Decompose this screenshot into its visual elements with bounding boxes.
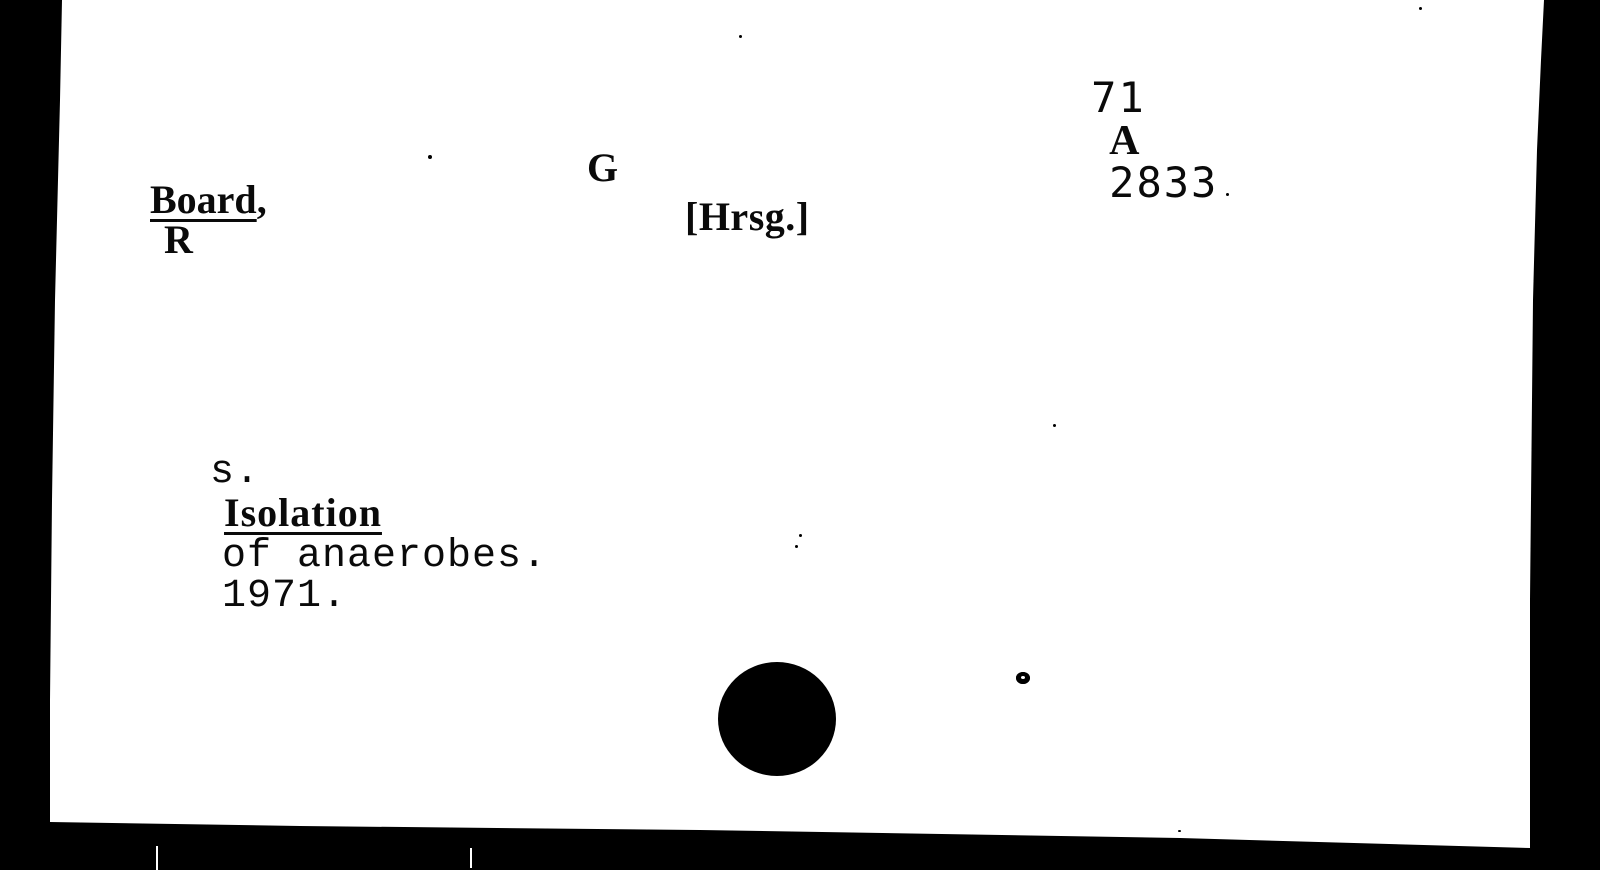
call-number-year: 71: [1091, 77, 1146, 119]
punch-hole: [718, 662, 836, 776]
scan-artifact: [156, 846, 158, 870]
see-prefix: s.: [210, 450, 260, 495]
scanned-card-image: 71 A 2833 Board, R G [Hrsg.] s. Isolatio…: [0, 0, 1600, 870]
author-role: [Hrsg.]: [685, 197, 810, 237]
stray-mark: [1419, 7, 1422, 10]
scan-artifact: [470, 848, 472, 868]
stray-mark: [799, 534, 802, 537]
author-initial-2: G: [587, 148, 619, 188]
stray-mark: [739, 35, 742, 38]
stray-mark: [1178, 830, 1181, 832]
ink-speck: [1016, 672, 1030, 684]
author-initial-1: R: [164, 217, 193, 262]
call-number: 71 A 2833: [982, 35, 1218, 246]
cross-reference: s. Isolation of anaerobes. 1971.: [110, 413, 547, 657]
call-number-number: 2833: [1109, 162, 1218, 204]
title-keyword: Isolation: [224, 490, 382, 535]
author-separator: ,: [257, 177, 267, 222]
stray-mark: [795, 545, 798, 548]
publication-year: 1971.: [222, 574, 347, 619]
stray-mark: [1226, 193, 1229, 196]
stray-mark: [1053, 424, 1056, 427]
stray-mark: [428, 155, 432, 159]
title-rest: of anaerobes.: [222, 534, 547, 579]
author-heading: Board, R: [110, 140, 267, 300]
author-surname: Board: [150, 177, 257, 222]
call-number-series: A: [1109, 120, 1141, 162]
